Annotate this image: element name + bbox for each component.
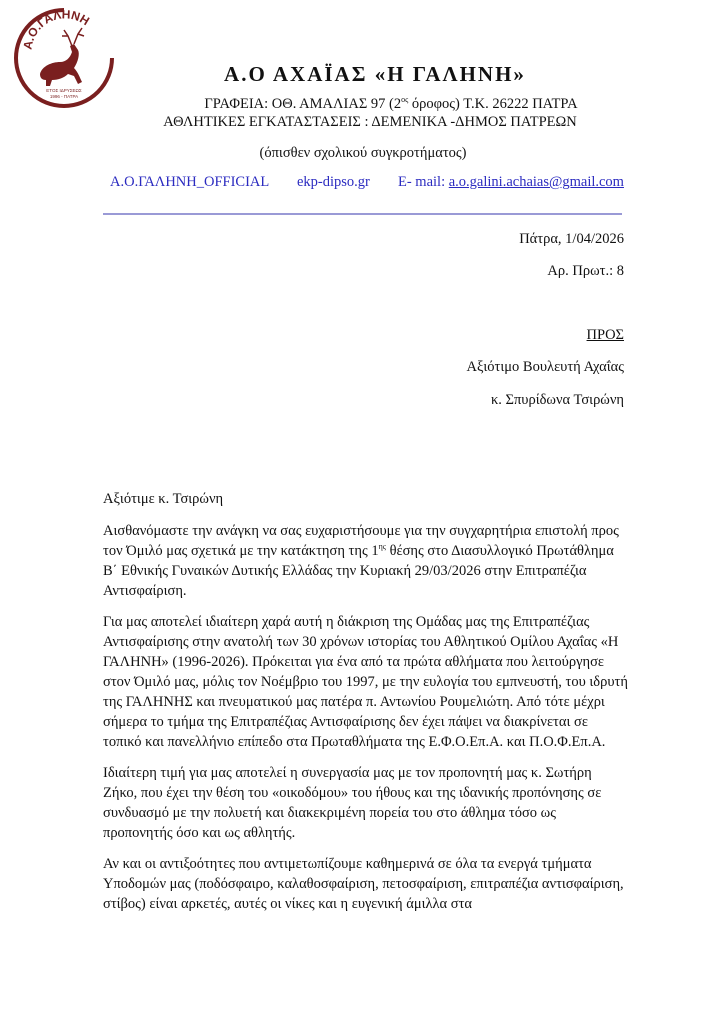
office-address-suffix: όροφος) Τ.Κ. 26222 ΠΑΤΡΑ <box>408 96 577 112</box>
office-address: ΓΡΑΦΕΙΑ: ΟΘ. ΑΜΑΛΙΑΣ 97 (2ος όροφος) Τ.Κ… <box>0 96 722 113</box>
paragraph-3: Ιδιαίτερη τιμή για μας αποτελεί η συνεργ… <box>103 763 628 843</box>
club-title: Α.Ο ΑΧΑΪΑΣ «Η ΓΑΛΗΝΗ» <box>0 62 722 87</box>
website-link[interactable]: ekp-dipso.gr <box>297 174 370 191</box>
recipient-name: κ. Σπυρίδωνα Τσιρώνη <box>491 392 624 409</box>
ordinal-sup: ης <box>379 542 386 551</box>
paragraph-2: Για μας αποτελεί ιδιαίτερη χαρά αυτή η δ… <box>103 612 628 752</box>
club-logo: Α.Ο.ΓΑΛΗΝΗ ΕΤΟΣ ΙΔΡΥΣΕΩΣ 1996 - ΠΑΤΡΑ <box>12 6 116 110</box>
header-divider <box>103 213 622 215</box>
greeting: Αξιότιμε κ. Τσιρώνη <box>103 489 628 509</box>
protocol-number: Αρ. Πρωτ.: 8 <box>547 263 624 280</box>
email-label: E- mail: <box>398 174 449 190</box>
to-label: ΠΡΟΣ <box>587 327 624 344</box>
recipient-title: Αξιότιμο Βουλευτή Αχαΐας <box>466 359 624 376</box>
email-line: E- mail: a.o.galini.achaias@gmail.com <box>398 174 624 191</box>
letter-body: Αξιότιμε κ. Τσιρώνη Αισθανόμαστε την ανά… <box>103 489 628 925</box>
paragraph-4: Αν και οι αντιξοότητες που αντιμετωπίζου… <box>103 854 628 914</box>
location-note: (όπισθεν σχολικού συγκροτήματος) <box>0 145 722 162</box>
social-handle[interactable]: Α.Ο.ΓΑΛΗΝΗ_OFFICIAL <box>110 174 269 191</box>
letter-date: Πάτρα, 1/04/2026 <box>519 231 624 248</box>
facilities-address: ΑΘΛΗΤΙΚΕΣ ΕΓΚΑΤΑΣΤΑΣΕΙΣ : ΔΕΜΕΝΙΚΑ -ΔΗΜΟ… <box>0 114 722 131</box>
office-address-prefix: ΓΡΑΦΕΙΑ: ΟΘ. ΑΜΑΛΙΑΣ 97 (2 <box>204 96 401 112</box>
logo-founded-line1: ΕΤΟΣ ΙΔΡΥΣΕΩΣ <box>46 88 82 93</box>
email-link[interactable]: a.o.galini.achaias@gmail.com <box>449 174 624 190</box>
paragraph-1: Αισθανόμαστε την ανάγκη να σας ευχαριστή… <box>103 521 628 601</box>
